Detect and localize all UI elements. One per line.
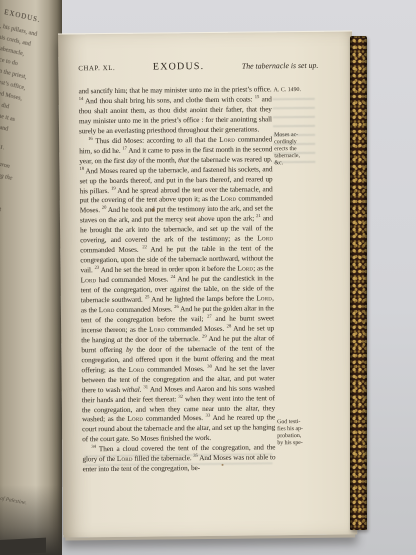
margin-note: A. C. 1490. <box>274 87 316 95</box>
margin-note: God testi-fies his ap-probation,by his s… <box>277 419 319 448</box>
bleed-through-text <box>273 98 316 164</box>
running-head: CHAP. XL. EXODUS. The tabernacle is set … <box>78 60 318 74</box>
left-page-fragments-mid: of sanctifying Aaronthe cloud covering t… <box>0 151 53 442</box>
left-footnote: of Palestine. <box>0 496 27 507</box>
book-photo: EXODUS. court, his pillars, andgate, his… <box>0 0 416 555</box>
gilt-leather-cover-edge <box>350 36 367 530</box>
margin-notes: A. C. 1490.Moses ac-cordinglyerects thet… <box>58 31 352 34</box>
left-page-fragments-top: court, his pillars, andgate, his cords, … <box>0 19 62 148</box>
book-title: EXODUS. <box>153 61 205 73</box>
page-summary: The tabernacle is set up. <box>242 61 319 71</box>
paragraph: and sanctify him; that he may minister u… <box>79 85 273 137</box>
left-page-text: EXODUS. court, his pillars, andgate, his… <box>0 2 62 442</box>
book-page: CHAP. XL. EXODUS. The tabernacle is set … <box>58 30 357 537</box>
bleed-through-text <box>84 453 272 470</box>
paragraph: 16 Thus did Moses: according to all that… <box>79 135 275 446</box>
scripture-text: and sanctify him; that he may minister u… <box>79 85 276 475</box>
chapter-label: CHAP. XL. <box>78 65 115 72</box>
table-shadow-corner <box>0 538 46 555</box>
paper-stain <box>152 209 155 212</box>
left-page-edge: EXODUS. court, his pillars, andgate, his… <box>0 0 62 555</box>
